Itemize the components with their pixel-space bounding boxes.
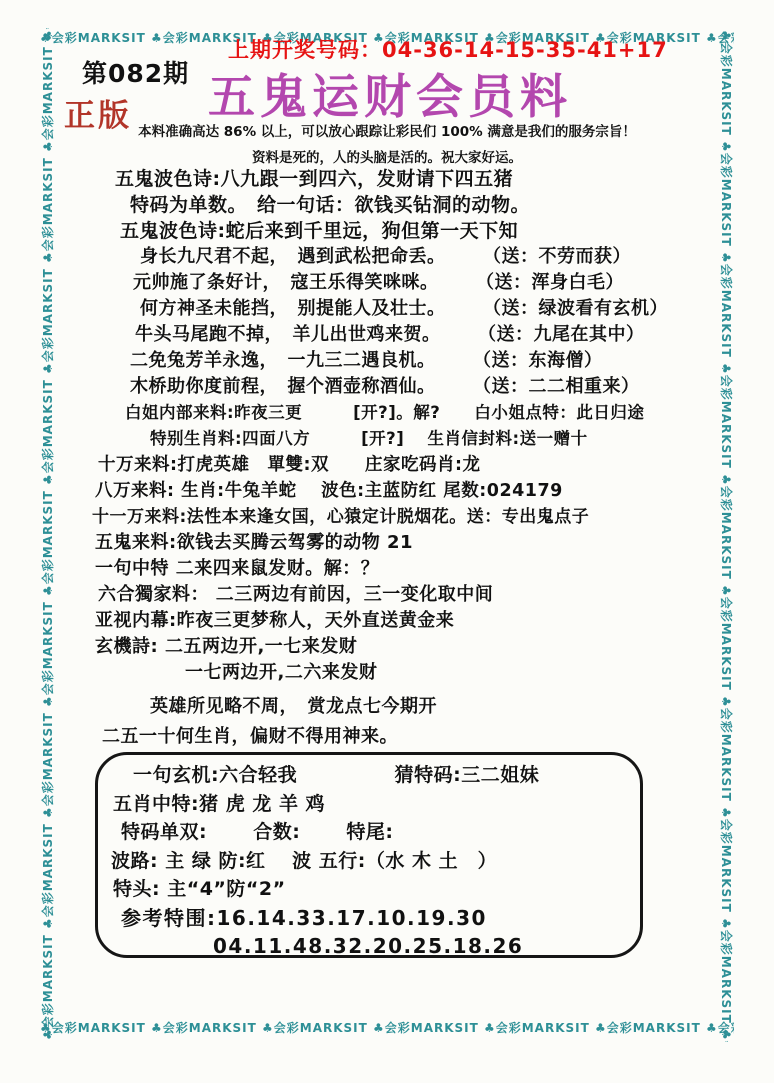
box-line-five-zodiac: 五肖中特:猪 虎 龙 羊 鸡	[98, 790, 640, 819]
prediction-line: 八万来料: 生肖:牛兔羊蛇 波色:主蓝防红 尾数:024179	[60, 478, 730, 504]
prediction-line: 一七两边开,二六来发财	[60, 660, 730, 686]
prediction-line: 英雄所见略不周， 赏龙点七今期开	[60, 694, 730, 720]
prediction-line: 木桥助你度前程， 握个酒壶称酒仙。 （送：二二相重来）	[60, 374, 730, 400]
box-line-special-head: 特头: 主“4”防“2”	[98, 875, 640, 904]
prediction-line: 二免兔芳羊永逸， 一九三二遇良机。 （送：东海僧）	[60, 348, 730, 374]
prediction-line: 特码为单数。 给一句话：欲钱买钻洞的动物。	[60, 192, 730, 218]
prediction-line: 五鬼波色诗:八九跟一到四六，发财请下四五猪	[60, 166, 730, 192]
prediction-line: 玄機詩: 二五两边开,一七来发财	[60, 634, 730, 660]
prediction-line: 十万来料:打虎英雄 單雙:双 庄家吃码肖:龙	[60, 452, 730, 478]
page-title: 五鬼运财会员料	[208, 60, 572, 127]
prediction-line: 亚视内幕:昨夜三更梦称人，天外直送黄金来	[60, 608, 730, 634]
border-left-marksit: ♣会彩MARKSIT ♣会彩MARKSIT ♣会彩MARKSIT ♣会彩MARK…	[38, 28, 58, 1040]
prediction-line: 五鬼波色诗:蛇后来到千里远，狗但第一天下知	[60, 218, 730, 244]
box-line-odd-even: 特码单双: 合数: 特尾:	[98, 818, 640, 847]
prediction-box: 一句玄机:六合轻我 猜特码:三二姐妹 五肖中特:猪 虎 龙 羊 鸡 特码单双: …	[95, 752, 643, 958]
prediction-line: 五鬼来料:欲钱去买腾云驾雾的动物 21	[60, 530, 730, 556]
prediction-line: 一句中特 二来四来鼠发财。解：？	[60, 556, 730, 582]
prediction-line: 二五一十何生肖，偏财不得用神来。	[60, 724, 730, 750]
box-line-mystery-and-guess: 一句玄机:六合轻我 猜特码:三二姐妹	[98, 761, 640, 790]
box-line-reference-numbers-1: 参考特围:16.14.33.17.10.19.30	[98, 904, 640, 933]
prediction-line: 特别生肖料:四面八方 [开?] 生肖信封料:送一赠十	[60, 426, 730, 452]
prediction-line: 身长九尺君不起， 遇到武松把命丢。 （送：不劳而获）	[60, 244, 730, 270]
prediction-line: 牛头马尾跑不掉， 羊儿出世鸡来贺。 （送：九尾在其中）	[60, 322, 730, 348]
prediction-line: 六合獨家料： 二三两边有前因，三一变化取中间	[60, 582, 730, 608]
border-bottom-marksit: ♣会彩MARKSIT ♣会彩MARKSIT ♣会彩MARKSIT ♣会彩MARK…	[40, 1018, 734, 1038]
prediction-lines: 五鬼波色诗:八九跟一到四六，发财请下四五猪 特码为单数。 给一句话：欲钱买钻洞的…	[60, 166, 730, 750]
box-line-wave-path: 波路: 主 绿 防:红 波 五行:（水 木 土 ）	[98, 847, 640, 876]
motto-line: 资料是死的，人的头脑是活的。祝大家好运。	[40, 146, 734, 166]
tip-sheet-page: ♣会彩MARKSIT ♣会彩MARKSIT ♣会彩MARKSIT ♣会彩MARK…	[0, 0, 774, 1083]
prediction-line: 十一万来料:法性本来逢女国，心猿定计脱烟花。送：专出鬼点子	[60, 504, 730, 530]
prediction-line: 白姐内部来料:昨夜三更 [开?]。解? 白小姐点特：此日归途	[60, 400, 730, 426]
prediction-line: 何方神圣未能挡， 别提能人及壮士。 （送：绿波看有玄机）	[60, 296, 730, 322]
box-line-reference-numbers-2: 04.11.48.32.20.25.18.26	[98, 932, 640, 961]
issue-number: 第082期	[82, 54, 189, 90]
accuracy-slogan: 本料准确高达 86% 以上，可以放心跟踪让彩民们 100% 满意是我们的服务宗旨…	[40, 120, 734, 140]
prediction-line: 元帅施了条好计， 寇王乐得笑咪咪。 （送：浑身白毛）	[60, 270, 730, 296]
